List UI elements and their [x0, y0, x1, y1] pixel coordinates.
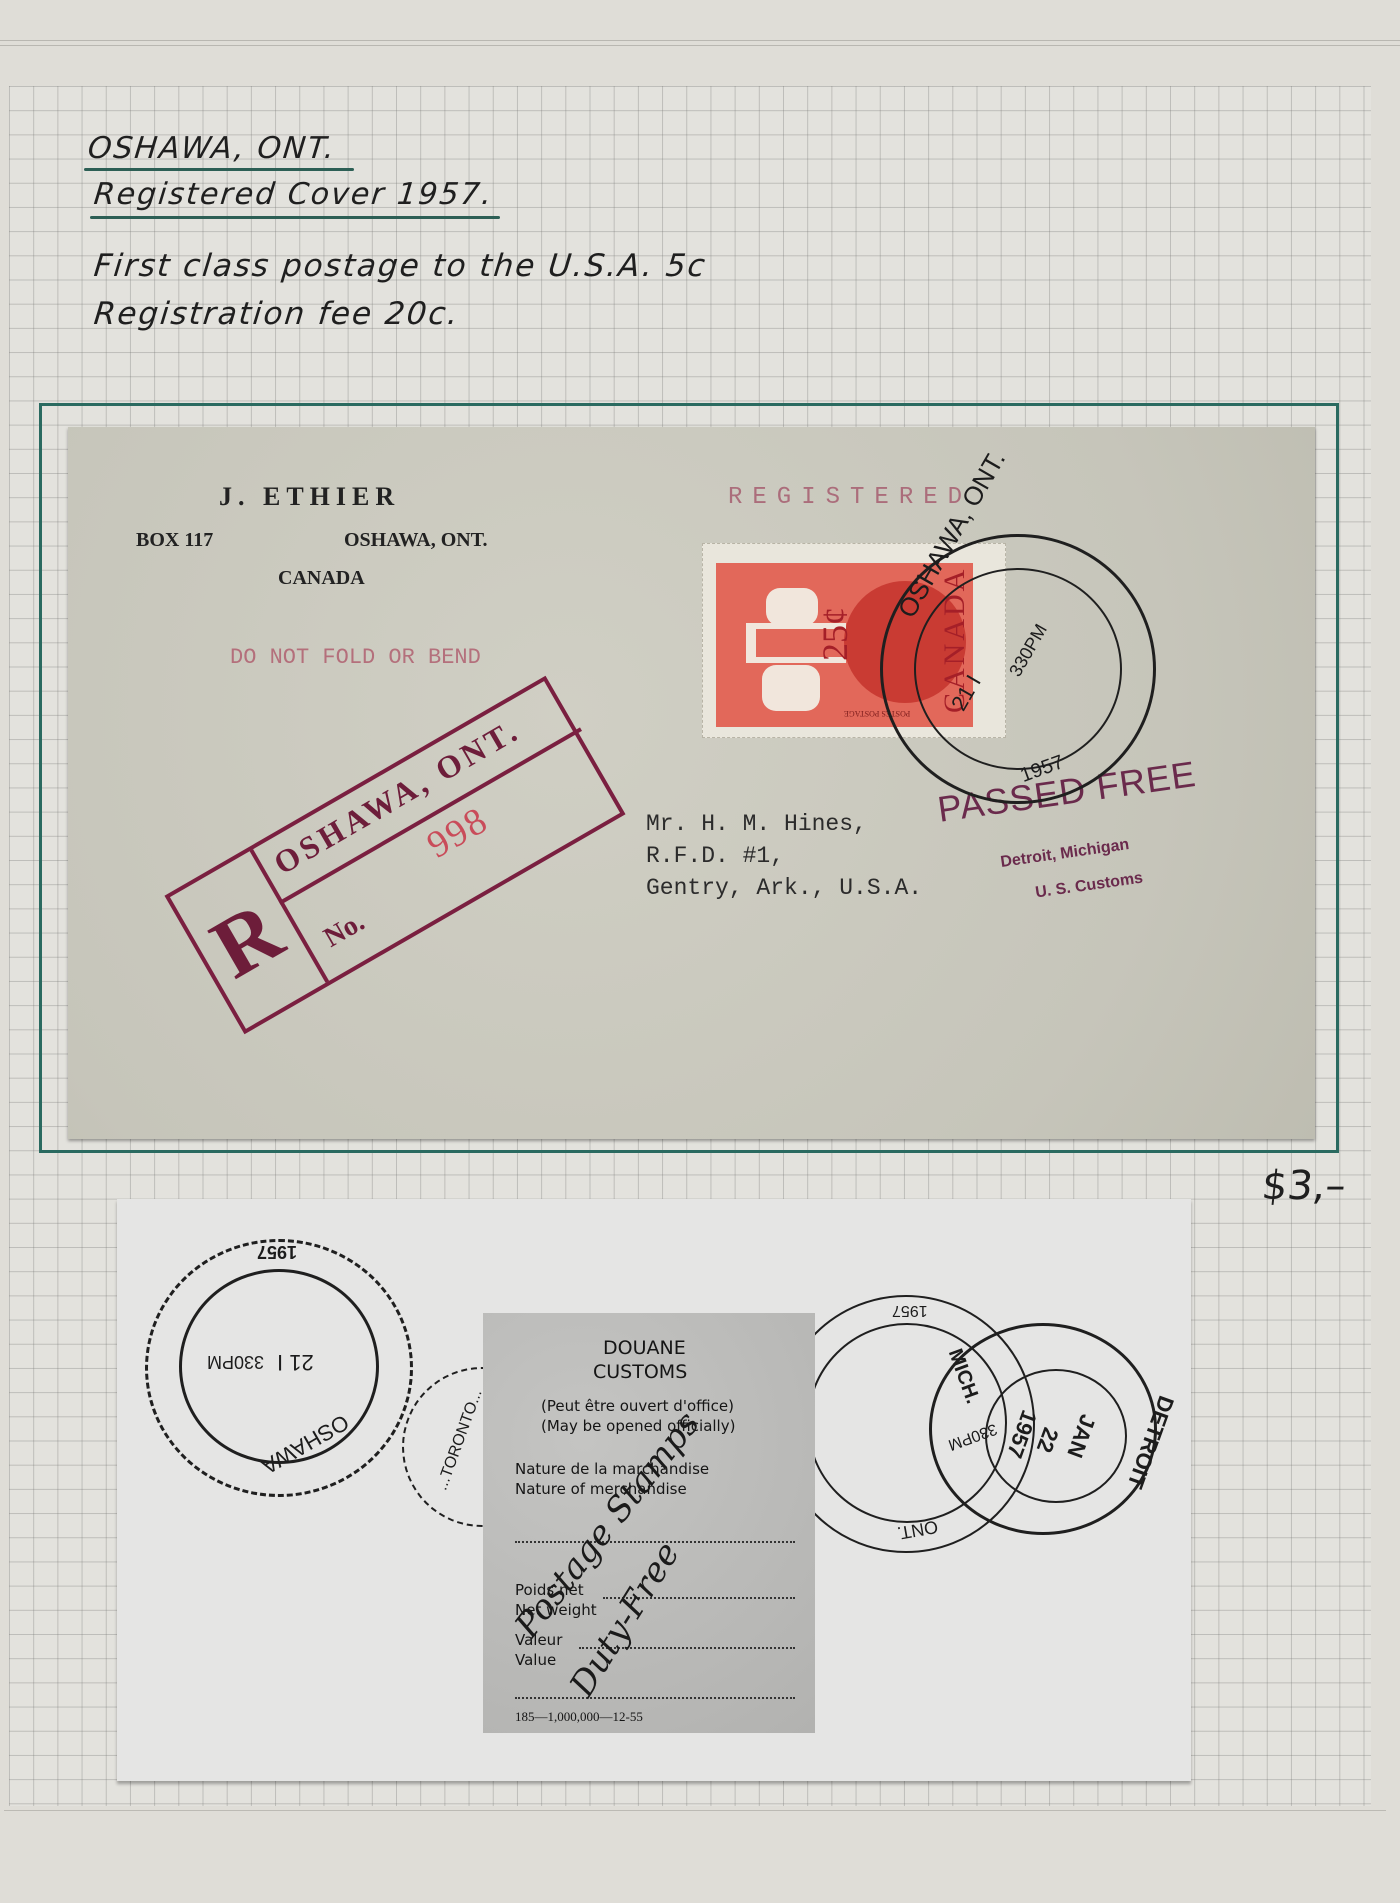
customs-note-en: (May be opened officially): [541, 1417, 735, 1435]
customs-note-fr: (Peut être ouvert d'office): [541, 1397, 734, 1415]
heading-subtitle: Registered Cover 1957.: [92, 177, 495, 212]
form-number: 185—1,000,000—12-55: [515, 1709, 643, 1725]
customs-title-en: CUSTOMS: [593, 1361, 687, 1383]
price-note: $3,–: [1260, 1163, 1348, 1209]
sender-name: J. ETHIER: [219, 482, 400, 512]
customs-city-marking: Detroit, Michigan: [999, 836, 1130, 872]
addressee-line-1: Mr. H. M. Hines,: [646, 811, 867, 837]
heading-title: OSHAWA, ONT.: [86, 131, 338, 166]
sender-box: BOX 117: [136, 529, 213, 552]
registered-cover-front: J. ETHIER BOX 117 OSHAWA, ONT. CANADA DO…: [68, 427, 1315, 1139]
reg-number-label: No.: [319, 906, 371, 954]
stamp-industry-panel: [762, 665, 820, 711]
postage-note: First class postage to the U.S.A. 5c: [92, 248, 709, 284]
do-not-fold-marking: DO NOT FOLD OR BEND: [230, 645, 481, 670]
sender-country: CANADA: [278, 567, 365, 590]
oshawa-backstamp-time: 330PM: [207, 1351, 264, 1372]
customs-title-fr: DOUANE: [603, 1337, 686, 1359]
bottom-dotted-line: [515, 1697, 795, 1699]
addressee-line-2: R.F.D. #1,: [646, 843, 784, 869]
oshawa-backstamp-year: 1957: [257, 1241, 297, 1262]
registration-fee-note: Registration fee 20c.: [92, 296, 461, 332]
reg-number: 998: [419, 798, 496, 868]
top-rule-2: [0, 45, 1400, 46]
title-underline: [84, 168, 354, 171]
oshawa-backstamp-2-year: 1957: [892, 1301, 928, 1319]
customs-office-marking: U. S. Customs: [1034, 870, 1144, 903]
registered-marking: REGISTERED: [728, 484, 972, 511]
top-rule: [0, 40, 1400, 41]
oshawa-backstamp-date: 21 I: [277, 1349, 314, 1375]
stamp-wheat-panel: [766, 588, 818, 626]
addressee-line-3: Gentry, Ark., U.S.A.: [646, 875, 922, 901]
subtitle-underline: [90, 216, 500, 219]
stamp-value: 25¢: [814, 607, 856, 661]
customs-declaration-label: DOUANE CUSTOMS (Peut être ouvert d'offic…: [483, 1313, 815, 1733]
sender-city: OSHAWA, ONT.: [344, 529, 488, 552]
bottom-frame: [4, 1810, 1386, 1851]
field-value-en: Value: [515, 1651, 556, 1669]
